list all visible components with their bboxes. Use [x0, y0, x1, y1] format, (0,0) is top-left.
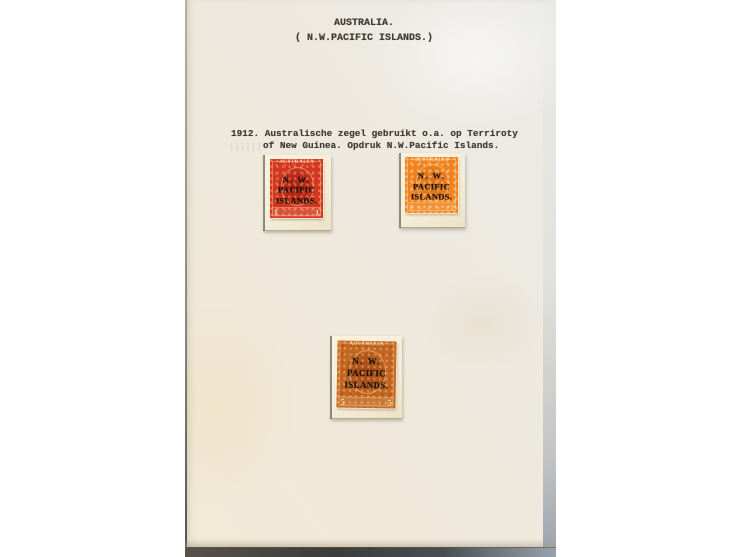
overprint-line-1: N. W. — [405, 170, 458, 181]
album-page: AUSTRALIA. ( N.W.PACIFIC ISLANDS.) 1912.… — [185, 0, 556, 557]
overprint-line-3: ISLANDS. — [405, 191, 458, 202]
stamp-country-arc: AUSTRALIA — [405, 158, 458, 163]
page-subtitle: ( N.W.PACIFIC ISLANDS.) — [185, 33, 543, 44]
overprint-line-1: N. W. — [270, 174, 323, 185]
stamp-value-left: 5 — [340, 397, 344, 407]
stamp-value-left: 1 — [409, 203, 413, 212]
stamp-overprint: N. W. PACIFIC ISLANDS. — [405, 170, 458, 202]
overprint-line-1: N. W. — [337, 355, 396, 368]
overprint-line-2: PACIFIC — [270, 184, 323, 195]
stamp-value-tablet — [338, 397, 393, 408]
stamp-value-tablet — [272, 207, 321, 217]
caption-line-2: of New Guinea. Opdruk N.W.Pacific Island… — [263, 140, 499, 151]
photo-of-album-page: AUSTRALIA. ( N.W.PACIFIC ISLANDS.) 1912.… — [0, 0, 740, 557]
page-title: AUSTRALIA. — [185, 18, 543, 29]
overprint-line-2: PACIFIC — [405, 181, 458, 192]
stamp-overprint: N. W. PACIFIC ISLANDS. — [270, 174, 323, 206]
stamp-red-penny-overprint: AUSTRALIA N. W. PACIFIC ISLANDS. 1 1 — [270, 159, 323, 218]
stamp-mount-2: AUSTRALIA N. W. PACIFIC ISLANDS. 1 1 — [399, 153, 465, 228]
overprint-line-3: ISLANDS. — [270, 195, 323, 206]
stamp-mount-3: AUSTRALIA N. W. PACIFIC ISLANDS. 5 5 — [330, 336, 402, 419]
stamp-orange-overprint: AUSTRALIA N. W. PACIFIC ISLANDS. 1 1 — [405, 157, 458, 213]
stamp-value-right: 1 — [450, 203, 454, 212]
overprint-line-3: ISLANDS. — [337, 379, 396, 392]
stamp-value-tablet — [407, 202, 456, 212]
stamp-country-arc: AUSTRALIA — [270, 160, 323, 165]
page-left-edge-shadow — [185, 0, 187, 557]
overprint-line-2: PACIFIC — [337, 367, 396, 380]
stamp-mount-1: AUSTRALIA N. W. PACIFIC ISLANDS. 1 1 — [263, 155, 331, 231]
stamp-value-right: 5 — [387, 397, 391, 407]
stamp-sienna-5d-overprint: AUSTRALIA N. W. PACIFIC ISLANDS. 5 5 — [336, 340, 396, 408]
stamp-country-arc: AUSTRALIA — [337, 341, 396, 347]
stamp-value-right: 1 — [315, 208, 319, 217]
stamp-overprint: N. W. PACIFIC ISLANDS. — [337, 355, 397, 392]
photo-bottom-edge — [185, 547, 556, 557]
stamp-value-left: 1 — [274, 208, 278, 217]
erased-text-smudge — [231, 142, 261, 151]
page-right-edge-shade — [543, 0, 556, 557]
caption-line-1: 1912. Australische zegel gebruikt o.a. o… — [231, 128, 518, 139]
